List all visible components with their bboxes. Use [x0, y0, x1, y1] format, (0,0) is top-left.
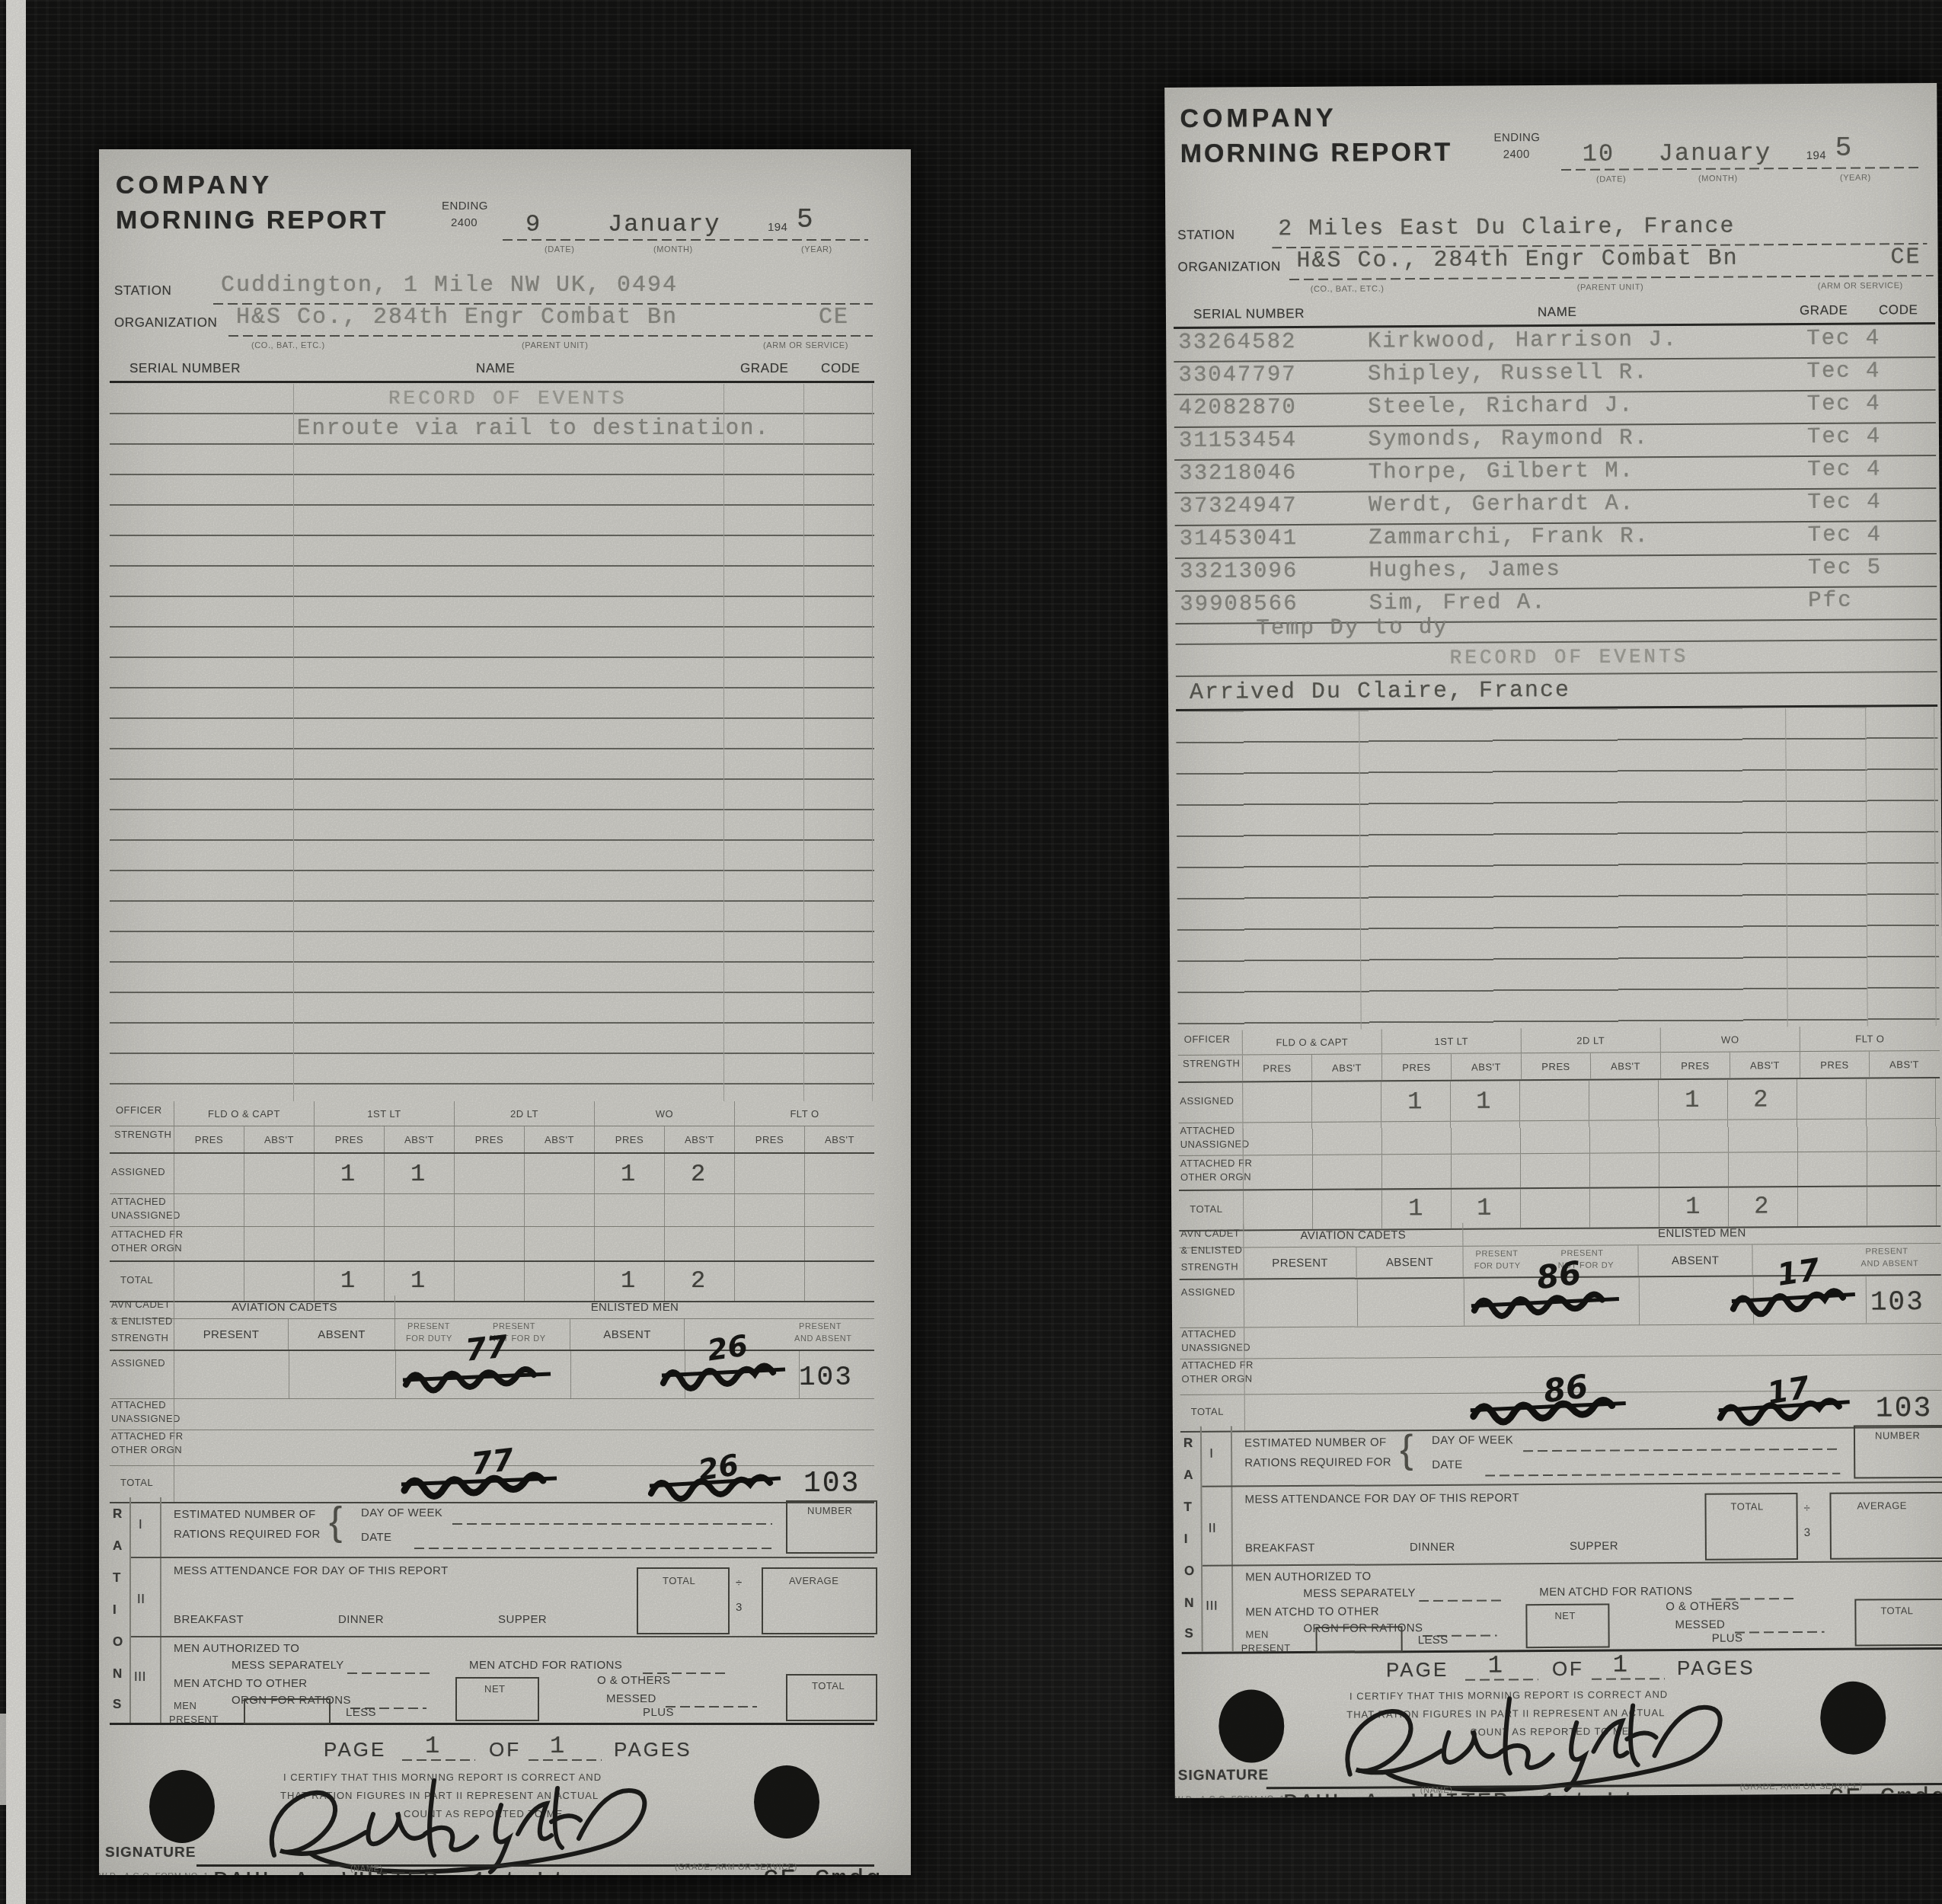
divider: [160, 1497, 161, 1723]
part-iii: III: [134, 1669, 146, 1685]
line: [414, 1548, 772, 1549]
roster-grade: Tec 4: [1807, 489, 1936, 521]
men-authorized-label: MEN AUTHORIZED TO: [174, 1642, 299, 1655]
officer-attached-unassigned-row: ATTACHED UNASSIGNED: [1178, 1119, 1940, 1156]
roster-serial: 31153454: [1174, 426, 1369, 459]
roster-grade: Tec 4: [1807, 456, 1936, 488]
messed-label: MESSED: [1675, 1618, 1725, 1631]
enlisted-assigned-cells: 86 17 103: [1244, 1276, 1941, 1327]
date-month-value: January: [608, 210, 720, 238]
rule: [1203, 1561, 1942, 1567]
arm-service-value: CE: [819, 305, 849, 331]
breakfast-label: BREAKFAST: [174, 1613, 244, 1626]
name-col: NAME: [1538, 305, 1577, 320]
divide-three: 3: [736, 1601, 743, 1614]
roster-grade: Tec 4: [1807, 391, 1936, 423]
number-box-label: NUMBER: [807, 1505, 852, 1516]
abst-h: ABS'T: [524, 1126, 594, 1152]
handwritten-scribble: [659, 1359, 788, 1394]
handwritten-scribble: [401, 1362, 554, 1395]
date-label: DATE: [361, 1531, 392, 1544]
line: [1523, 1449, 1840, 1452]
average-box: AVERAGE: [1829, 1492, 1942, 1560]
date-label: DATE: [1432, 1458, 1463, 1471]
total-label: TOTAL: [120, 1274, 153, 1286]
serial-number-col: SERIAL NUMBER: [129, 361, 241, 376]
roster-row: 33218046 Thorpe, Gilbert M. Tec 4: [1174, 456, 1936, 494]
val-wo-abst: 2: [691, 1267, 707, 1295]
val-1stlt-pres: 1: [1407, 1088, 1423, 1116]
roster-name: Thorpe, Gilbert M.: [1369, 457, 1808, 491]
total-label: TOTAL: [1190, 1203, 1222, 1215]
enlisted-assigned-row: ASSIGNED 77 26 103: [110, 1351, 874, 1399]
line: [1419, 1599, 1501, 1602]
enlisted-strength-table: AVN CADET & ENLISTED STRENGTH AVIATION C…: [110, 1295, 874, 1503]
enlisted-men-h: ENLISTED MEN: [394, 1295, 874, 1318]
val-wo-pres: 1: [621, 1267, 637, 1295]
roster-row: 33047797 Shipley, Russell R. Tec 4: [1174, 358, 1935, 395]
avn-label-cell: AVN CADET & ENLISTED STRENGTH: [110, 1295, 174, 1318]
rations-letter: I: [113, 1602, 117, 1618]
assigned-label: ASSIGNED: [1181, 1286, 1235, 1298]
total-label: TOTAL: [1191, 1406, 1224, 1417]
rations-section: R A T I O N S I ESTIMATED NUMBER OF RATI…: [1180, 1422, 1942, 1654]
men-atchd-rations-label: MEN ATCHD FOR RATIONS: [469, 1659, 622, 1672]
unassigned-label: UNASSIGNED: [1180, 1138, 1250, 1150]
organization-underline: [228, 335, 873, 337]
men-atchd-rations-label: MEN ATCHD FOR RATIONS: [1539, 1585, 1692, 1599]
rule: [1202, 1481, 1942, 1487]
company-heading: COMPANY: [116, 171, 273, 200]
roster-name: Shipley, Russell R.: [1368, 359, 1807, 393]
other-orgn-label: OTHER ORGN: [1181, 1372, 1252, 1385]
date-day-value: 9: [525, 210, 541, 238]
total-box: TOTAL: [1704, 1493, 1798, 1561]
val-present-and-absent: 103: [1870, 1286, 1924, 1318]
roster-name: Hughes, James: [1369, 555, 1808, 589]
handwritten-scribble: [400, 1468, 560, 1501]
assigned-label: ASSIGNED: [111, 1357, 165, 1369]
brace: {: [1400, 1426, 1413, 1472]
month-sub: (MONTH): [653, 245, 693, 254]
divide-sign: ÷: [736, 1577, 743, 1589]
spacer: [110, 1126, 174, 1152]
morning-report-right: COMPANY MORNING REPORT ENDING 2400 10 Ja…: [1164, 83, 1942, 1798]
paa-2: AND ABSENT: [1861, 1259, 1919, 1268]
paa-1: PRESENT: [1865, 1247, 1908, 1256]
roster-row: 33213096 Hughes, James Tec 5: [1175, 554, 1937, 592]
empty-cells: [1244, 1355, 1941, 1394]
date-year-value: 5: [797, 204, 815, 235]
estimated-number-label: ESTIMATED NUMBER OF: [1244, 1436, 1387, 1449]
less-label: LESS: [1418, 1634, 1449, 1647]
col-2d-lt: 2D LT: [1521, 1027, 1660, 1053]
plus-label: PLUS: [643, 1706, 674, 1719]
dinner-label: DINNER: [1410, 1541, 1455, 1554]
record-of-events-heading: RECORD OF EVENTS: [388, 387, 628, 410]
typed-officer-name: PAUL A. WHITER, 1st Lt.,: [213, 1867, 601, 1875]
rations-letter: T: [113, 1570, 121, 1586]
handwritten-scribble: [1729, 1284, 1858, 1320]
val-1stlt-abst: 1: [410, 1267, 426, 1295]
val-wo-abst: 2: [1754, 1192, 1770, 1220]
total-box-iii: TOTAL: [1854, 1599, 1942, 1647]
roster-grade: Tec 4: [1806, 358, 1935, 390]
line: [1735, 1631, 1825, 1634]
line: [666, 1706, 757, 1708]
roster-name: Kirkwood, Harrison J.: [1368, 326, 1807, 360]
unassigned-label: UNASSIGNED: [1181, 1341, 1250, 1353]
enlisted-attached-unassigned-row: ATTACHED UNASSIGNED: [1180, 1324, 1941, 1359]
mess-attendance-label: MESS ATTENDANCE FOR DAY OF THIS REPORT: [174, 1564, 449, 1577]
number-box: NUMBER: [1854, 1425, 1942, 1479]
code-col: CODE: [821, 361, 861, 376]
roster-grade: Pfc: [1808, 587, 1937, 619]
event-line: Arrived Du Claire, France: [1190, 678, 1570, 706]
date-underline: [503, 239, 868, 241]
grade-col: GRADE: [740, 361, 788, 376]
men-present-box: [1315, 1626, 1402, 1653]
absent-h: ABSENT: [1356, 1247, 1462, 1278]
date-underline: [1561, 167, 1922, 171]
ending-time: 2400: [451, 216, 478, 229]
absent-h2: ABSENT: [570, 1319, 684, 1350]
date-month-value: January: [1659, 139, 1772, 168]
empty-cells: [1244, 1324, 1941, 1359]
date-sub: (DATE): [545, 245, 574, 254]
attached-label: ATTACHED: [1181, 1328, 1236, 1340]
org-sub-mid: (PARENT UNIT): [522, 341, 588, 350]
month-sub: (MONTH): [1698, 174, 1738, 184]
part-iii: III: [1206, 1599, 1218, 1614]
mess-separately-label: MESS SEPARATELY: [232, 1659, 344, 1672]
number-box-label: NUMBER: [1875, 1430, 1920, 1441]
absent-h2: ABSENT: [1637, 1244, 1752, 1276]
officer-label-1: OFFICER: [1184, 1033, 1231, 1045]
abst-h: ABS'T: [804, 1126, 874, 1152]
punch-hole: [149, 1770, 215, 1843]
empty-cells: [174, 1430, 874, 1465]
aviation-cadets-h: AVIATION CADETS: [174, 1295, 394, 1318]
col-fldo-capt: FLD O & CAPT: [174, 1101, 314, 1126]
officer-assigned-cells: 1 1 1 2: [1242, 1078, 1940, 1123]
morning-report-heading: MORNING REPORT: [116, 206, 388, 235]
scanner-edge-strip: [6, 0, 26, 1904]
messed-label: MESSED: [606, 1692, 656, 1705]
abst-h: ABS'T: [1869, 1051, 1939, 1078]
officer-label-1: OFFICER: [116, 1104, 162, 1116]
empty-cells: [174, 1399, 874, 1430]
net-box: NET: [455, 1677, 539, 1721]
empty-cells: [1242, 1119, 1940, 1155]
pres-h: PRES: [1800, 1051, 1869, 1078]
org-sub-mid: (PARENT UNIT): [1577, 283, 1644, 292]
line: [452, 1523, 772, 1525]
col-fldo-capt: FLD O & CAPT: [1242, 1029, 1381, 1054]
org-sub-left: (CO., BAT., ETC.): [251, 341, 325, 350]
other-orgn-label: OTHER ORGN: [111, 1444, 182, 1455]
signature-script: [221, 1756, 678, 1875]
roster-row: 31153454 Symonds, Raymond R. Tec 4: [1174, 423, 1936, 461]
officer-strength-label-cell: OFFICER STRENGTH: [1178, 1030, 1242, 1056]
total-label: TOTAL: [120, 1477, 153, 1488]
morning-report-heading: MORNING REPORT: [1180, 138, 1453, 169]
spacer: [110, 1319, 174, 1350]
men-atchd-other-label: MEN ATCHD TO OTHER: [174, 1677, 308, 1690]
pfd-2: FOR DUTY: [1474, 1261, 1521, 1270]
roster-name: Symonds, Raymond R.: [1368, 424, 1807, 458]
men-present-label-2: PRESENT: [169, 1714, 219, 1725]
men-present-box: [244, 1698, 331, 1724]
roster-row: 31453041 Zammarchi, Frank R. Tec 4: [1175, 522, 1937, 559]
average-box-label: AVERAGE: [789, 1575, 838, 1586]
dinner-label: DINNER: [338, 1613, 384, 1626]
ending-label: ENDING: [442, 200, 488, 212]
rations-letter: I: [1184, 1532, 1188, 1547]
day-of-week-label: DAY OF WEEK: [361, 1506, 442, 1519]
total-box-label: TOTAL: [1880, 1605, 1913, 1616]
header-rule: [110, 381, 874, 383]
men-atchd-other-label: MEN ATCHD TO OTHER: [1245, 1605, 1379, 1618]
brace: {: [329, 1499, 342, 1545]
net-box-label: NET: [1554, 1610, 1576, 1621]
pres-h: PRES: [734, 1126, 804, 1152]
roster-grade: Tec 4: [1807, 423, 1936, 455]
officer-strength-table: OFFICER STRENGTH FLD O & CAPT 1ST LT 2D …: [1178, 1026, 1941, 1232]
enlisted-attached-unassigned-row: ATTACHED UNASSIGNED: [110, 1399, 874, 1430]
abst-h: ABS'T: [664, 1126, 734, 1152]
roster-grade: Tec 5: [1808, 554, 1937, 586]
ending-time: 2400: [1503, 148, 1530, 161]
men-present-label-2: PRESENT: [1241, 1642, 1291, 1653]
rations-letter: N: [113, 1666, 123, 1682]
divider: [129, 1497, 131, 1723]
avn-label-cell: AVN CADET & ENLISTED STRENGTH: [1179, 1225, 1243, 1248]
record-of-events-heading: RECORD OF EVENTS: [1450, 645, 1689, 669]
pres-h: PRES: [594, 1126, 664, 1152]
morning-report-left: COMPANY MORNING REPORT ENDING 2400 9 Jan…: [99, 149, 911, 1875]
pres-h: PRES: [314, 1126, 384, 1152]
rations-letter: O: [1184, 1564, 1195, 1579]
val-present-and-absent: 103: [1876, 1392, 1933, 1425]
val-wo-abst: 2: [1753, 1085, 1769, 1113]
col-wo: WO: [1660, 1027, 1800, 1052]
total-box-label: TOTAL: [663, 1575, 695, 1586]
rations-letter: A: [1183, 1468, 1193, 1483]
val-1stlt-pres: 1: [340, 1267, 356, 1295]
attached-fr-label: ATTACHED FR: [111, 1228, 184, 1240]
enlisted-total-cells: 77 26 103: [174, 1466, 874, 1502]
avn-1: AVN CADET: [111, 1299, 171, 1310]
officer-attached-unassigned-row: ATTACHED UNASSIGNED: [110, 1194, 874, 1227]
estimated-number-label: ESTIMATED NUMBER OF: [174, 1508, 316, 1521]
roster-serial: 33218046: [1174, 459, 1369, 492]
paa-2: AND ABSENT: [794, 1334, 852, 1343]
assigned-label: ASSIGNED: [1180, 1095, 1234, 1107]
station-value: Cuddington, 1 Mile NW UK, 0494: [221, 273, 678, 299]
breakfast-label: BREAKFAST: [1245, 1541, 1315, 1555]
supper-label: SUPPER: [498, 1613, 547, 1626]
pres-h: PRES: [1521, 1053, 1590, 1080]
punch-hole: [1820, 1681, 1886, 1755]
roster-serial: 42082870: [1174, 394, 1369, 426]
rations-letter: S: [1184, 1626, 1193, 1641]
val-present-and-absent: 103: [803, 1468, 860, 1500]
average-box-label: AVERAGE: [1857, 1500, 1906, 1511]
rations-section: R A T I O N S I ESTIMATED NUMBER OF RATI…: [110, 1497, 874, 1725]
val-1stlt-pres: 1: [340, 1160, 356, 1188]
col-2d-lt: 2D LT: [454, 1101, 594, 1126]
total-box-label: TOTAL: [812, 1680, 845, 1692]
station-label: STATION: [114, 283, 171, 299]
mess-separately-label: MESS SEPARATELY: [1303, 1586, 1416, 1600]
event-line: Enroute via rail to destination.: [297, 416, 770, 441]
officer-assigned-cells: 1 1 1 2: [174, 1154, 874, 1193]
o-and-others-label: O & OTHERS: [1666, 1600, 1739, 1614]
attached-label: ATTACHED: [111, 1196, 166, 1207]
temp-dy-line: Temp Dy to dy: [1256, 615, 1448, 641]
rule: [1176, 671, 1937, 677]
officer-attached-fr-row: ATTACHED FR OTHER ORGN: [110, 1227, 874, 1262]
average-box: AVERAGE: [762, 1567, 877, 1634]
date-sub: (DATE): [1596, 174, 1627, 184]
roster-serial: 31453041: [1175, 525, 1369, 557]
empty-cells: [1243, 1152, 1940, 1190]
date-year-value: 5: [1835, 133, 1854, 164]
year-printed: 194: [768, 221, 787, 234]
men-present-label-1: MEN: [174, 1700, 196, 1711]
abst-h: ABS'T: [1311, 1054, 1381, 1081]
val-wo-pres: 1: [621, 1160, 637, 1188]
abst-h: ABS'T: [244, 1126, 314, 1152]
absent-h: ABSENT: [288, 1319, 394, 1350]
officer-strength-label-cell: OFFICER STRENGTH: [110, 1101, 174, 1126]
net-box-label: NET: [484, 1683, 506, 1695]
total-box: TOTAL: [637, 1567, 730, 1634]
other-orgn-label: OTHER ORGN: [111, 1242, 182, 1254]
scanned-morning-reports: { "labels": { "company": "COMPANY", "mor…: [0, 0, 1942, 1904]
other-orgn-label: OTHER ORGN: [1180, 1171, 1251, 1183]
line: [1485, 1473, 1840, 1477]
code-col: CODE: [1879, 302, 1918, 318]
officer-attached-fr-row: ATTACHED FR OTHER ORGN: [1179, 1152, 1940, 1191]
val-1stlt-abst: 1: [1477, 1194, 1493, 1222]
rule: [131, 1636, 874, 1637]
divider: [1231, 1426, 1234, 1652]
roster-serial: 33213096: [1175, 557, 1369, 590]
abst-h: ABS'T: [1590, 1053, 1660, 1079]
form-number: W.D., A.G.O. FORM NO. 1: [99, 1872, 209, 1875]
grade-col: GRADE: [1800, 303, 1848, 318]
roster-name: Werdt, Gerhardt A.: [1369, 490, 1808, 524]
scanner-edge-blob: [0, 1714, 11, 1805]
pres-h: PRES: [1381, 1054, 1451, 1081]
spacer: [1179, 1248, 1243, 1279]
rations-letter: N: [1184, 1596, 1194, 1611]
name-sub-label: (NAME): [350, 1864, 383, 1874]
roster-name: Zammarchi, Frank R.: [1369, 522, 1808, 557]
val-1stlt-abst: 1: [1476, 1088, 1492, 1116]
assigned-label: ASSIGNED: [111, 1166, 165, 1177]
part-ii: II: [1209, 1521, 1217, 1536]
punch-hole: [754, 1765, 819, 1839]
year-sub: (YEAR): [801, 245, 832, 254]
total-box-label: TOTAL: [1730, 1500, 1763, 1512]
rations-letter: T: [1183, 1500, 1192, 1515]
col-flt-o: FLT O: [1800, 1026, 1940, 1051]
val-wo-pres: 1: [1685, 1086, 1701, 1114]
roster-serial: 33264582: [1174, 328, 1368, 361]
enlisted-assigned-cells: 77 26 103: [174, 1351, 874, 1398]
plus-label: PLUS: [1712, 1632, 1743, 1645]
date-day-value: 10: [1583, 140, 1615, 168]
pres-h: PRES: [1660, 1053, 1730, 1079]
station-label: STATION: [1177, 228, 1235, 243]
year-printed: 194: [1806, 149, 1826, 162]
punch-hole: [1219, 1689, 1285, 1763]
supper-label: SUPPER: [1570, 1540, 1618, 1553]
pfd-2: FOR DUTY: [406, 1334, 452, 1343]
day-of-week-label: DAY OF WEEK: [1432, 1433, 1513, 1447]
mess-attendance-label: MESS ATTENDANCE FOR DAY OF THIS REPORT: [1244, 1491, 1519, 1506]
ending-label: ENDING: [1494, 131, 1541, 144]
val-wo-pres: 1: [1685, 1193, 1701, 1221]
pfd-1: PRESENT: [1475, 1249, 1518, 1258]
attached-fr-label: ATTACHED FR: [111, 1430, 184, 1442]
abst-h: ABS'T: [384, 1126, 454, 1152]
col-flt-o: FLT O: [734, 1101, 874, 1126]
arm-service-value: CE: [1890, 244, 1921, 270]
unassigned-label: UNASSIGNED: [111, 1413, 180, 1424]
rations-letter: A: [113, 1538, 123, 1554]
abst-h: ABS'T: [1730, 1052, 1800, 1078]
attached-fr-label: ATTACHED FR: [1181, 1359, 1254, 1371]
enlisted-strength-table: AVN CADET & ENLISTED STRENGTH AVIATION C…: [1179, 1220, 1942, 1433]
organization-value: H&S Co., 284th Engr Combat Bn: [1296, 246, 1738, 275]
rations-letter: R: [113, 1506, 123, 1522]
attached-label: ATTACHED: [111, 1399, 166, 1410]
rule: [131, 1557, 874, 1558]
org-sub-left: (CO., BAT., ETC.): [1311, 284, 1385, 294]
company-heading: COMPANY: [1180, 104, 1337, 134]
line: [347, 1672, 431, 1674]
roster: 33264582 Kirkwood, Harrison J. Tec 4 330…: [1174, 325, 1937, 625]
roster-ruled-area: [110, 384, 874, 1101]
pres-h: PRES: [1242, 1055, 1311, 1081]
val-1stlt-abst: 1: [410, 1160, 426, 1188]
divide-sign: ÷: [1804, 1502, 1811, 1515]
roster-row: 37324947 Werdt, Gerhardt A. Tec 4: [1174, 489, 1936, 526]
men-present-label-1: MEN: [1246, 1628, 1269, 1640]
year-sub: (YEAR): [1840, 173, 1871, 182]
pfd-1: PRESENT: [407, 1322, 450, 1331]
enlisted-men-h: ENLISTED MEN: [1462, 1220, 1940, 1246]
col-wo: WO: [594, 1101, 734, 1126]
part-i: I: [139, 1517, 142, 1532]
roster-serial: 33047797: [1174, 361, 1368, 394]
attached-label: ATTACHED: [1180, 1125, 1235, 1136]
rations-required-label: RATIONS REQUIRED FOR: [1244, 1455, 1391, 1469]
col-1st-lt: 1ST LT: [314, 1101, 454, 1126]
divider: [1200, 1426, 1203, 1652]
org-sub-right: (ARM OR SERVICE): [763, 341, 848, 350]
attached-fr-label: ATTACHED FR: [1180, 1157, 1253, 1169]
rations-required-label: RATIONS REQUIRED FOR: [174, 1528, 321, 1541]
empty-cells: [174, 1227, 874, 1260]
roster-name: Steele, Richard J.: [1368, 391, 1807, 426]
val-1stlt-pres: 1: [1408, 1194, 1424, 1222]
rations-letter: S: [113, 1697, 122, 1712]
